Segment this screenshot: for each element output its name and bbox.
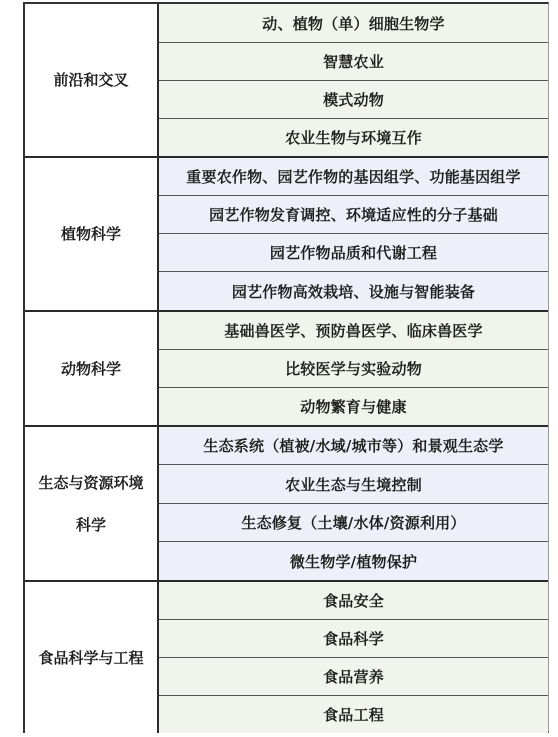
category-label: 植物科学 [61, 215, 121, 253]
list-item: 园艺作物高效栽培、设施与智能装备 [159, 272, 548, 310]
list-item: 生态修复（土壤/水体/资源利用） [159, 504, 548, 542]
list-item: 农业生态与生境控制 [159, 465, 548, 504]
list-item: 农业生物与环境互作 [159, 119, 548, 156]
list-item: 食品科学 [159, 620, 548, 658]
category-cell: 动物科学 [25, 312, 159, 425]
item-list: 食品安全 食品科学 食品营养 食品工程 [159, 582, 548, 733]
section-plant-science: 植物科学 重要农作物、园艺作物的基因组学、功能基因组学 园艺作物发育调控、环境适… [25, 158, 548, 312]
category-label-line-2: 科学 [76, 504, 106, 546]
category-label-line-1: 生态与资源环境 [38, 462, 143, 504]
list-item: 重要农作物、园艺作物的基因组学、功能基因组学 [159, 158, 548, 196]
list-item: 基础兽医学、预防兽医学、临床兽医学 [159, 312, 548, 350]
item-list: 生态系统（植被/水域/城市等）和景观生态学 农业生态与生境控制 生态修复（土壤/… [159, 427, 548, 580]
list-item: 食品工程 [159, 696, 548, 733]
section-frontier-interdisciplinary: 前沿和交叉 动、植物（单）细胞生物学 智慧农业 模式动物 农业生物与环境互作 [25, 4, 548, 158]
list-item: 模式动物 [159, 81, 548, 119]
section-animal-science: 动物科学 基础兽医学、预防兽医学、临床兽医学 比较医学与实验动物 动物繁育与健康 [25, 312, 548, 427]
item-list: 基础兽医学、预防兽医学、临床兽医学 比较医学与实验动物 动物繁育与健康 [159, 312, 548, 425]
category-cell: 食品科学与工程 [25, 582, 159, 733]
category-cell: 植物科学 [25, 158, 159, 310]
list-item: 生态系统（植被/水域/城市等）和景观生态学 [159, 427, 548, 465]
list-item: 园艺作物发育调控、环境适应性的分子基础 [159, 196, 548, 234]
list-item: 微生物学/植物保护 [159, 542, 548, 580]
research-areas-table: 前沿和交叉 动、植物（单）细胞生物学 智慧农业 模式动物 农业生物与环境互作 植… [23, 2, 549, 733]
category-label: 食品科学与工程 [38, 639, 143, 677]
category-label: 前沿和交叉 [53, 61, 128, 99]
list-item: 食品安全 [159, 582, 548, 620]
item-list: 动、植物（单）细胞生物学 智慧农业 模式动物 农业生物与环境互作 [159, 4, 548, 156]
list-item: 动物繁育与健康 [159, 388, 548, 425]
list-item: 智慧农业 [159, 43, 548, 81]
list-item: 比较医学与实验动物 [159, 350, 548, 388]
category-cell: 生态与资源环境 科学 [25, 427, 159, 580]
section-food-science-engineering: 食品科学与工程 食品安全 食品科学 食品营养 食品工程 [25, 582, 548, 733]
list-item: 食品营养 [159, 658, 548, 696]
list-item: 园艺作物品质和代谢工程 [159, 234, 548, 272]
item-list: 重要农作物、园艺作物的基因组学、功能基因组学 园艺作物发育调控、环境适应性的分子… [159, 158, 548, 310]
section-ecology-resources-environment: 生态与资源环境 科学 生态系统（植被/水域/城市等）和景观生态学 农业生态与生境… [25, 427, 548, 582]
list-item: 动、植物（单）细胞生物学 [159, 4, 548, 43]
category-label: 动物科学 [61, 350, 121, 388]
category-cell: 前沿和交叉 [25, 4, 159, 156]
